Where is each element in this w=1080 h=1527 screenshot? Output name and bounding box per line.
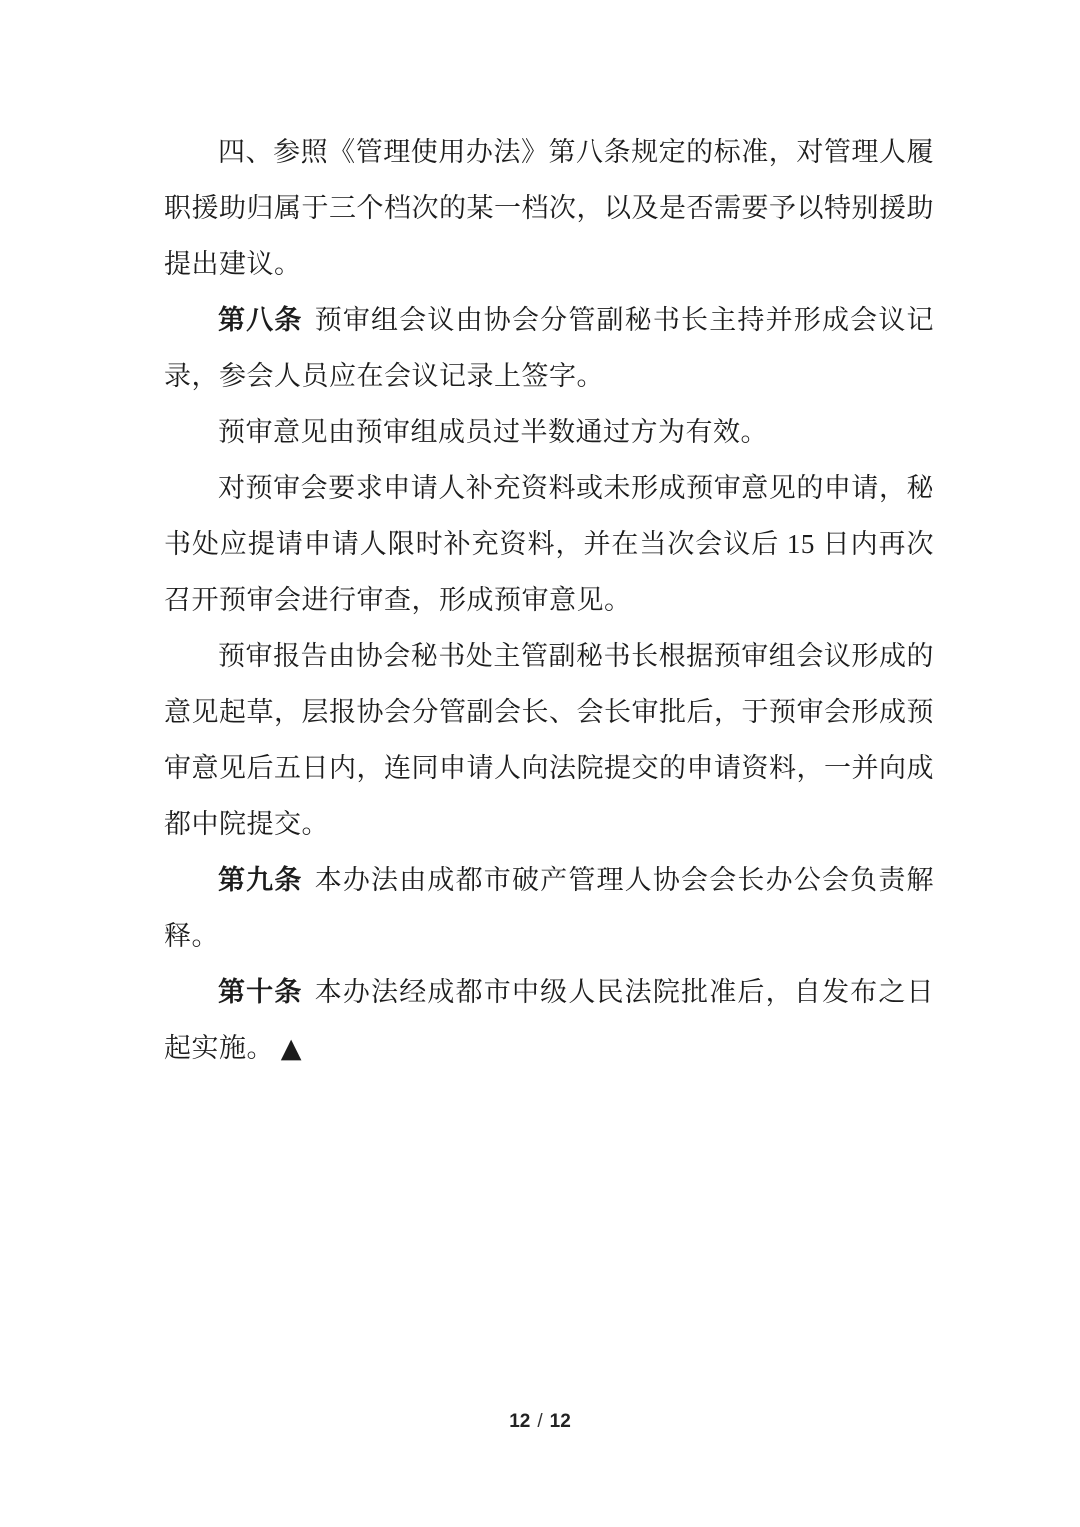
article-number: 第九条 bbox=[218, 865, 303, 895]
paragraph: 预审意见由预审组成员过半数通过方为有效。 bbox=[164, 404, 934, 460]
paragraph: 预审报告由协会秘书处主管副秘书长根据预审组会议形成的意见起草，层报协会分管副会长… bbox=[164, 628, 934, 852]
paragraph: 第八条预审组会议由协会分管副秘书长主持并形成会议记录，参会人员应在会议记录上签字… bbox=[164, 292, 934, 404]
page-number-separator: / bbox=[537, 1411, 542, 1432]
paragraph: 第十条本办法经成都市中级人民法院批准后，自发布之日起实施。▲ bbox=[164, 964, 934, 1077]
article-number: 第十条 bbox=[218, 977, 303, 1007]
page-number-total: 12 bbox=[550, 1411, 571, 1432]
document-page: 四、参照《管理使用办法》第八条规定的标准，对管理人履职援助归属于三个档次的某一档… bbox=[0, 0, 1080, 1527]
page-footer: 12/12 bbox=[0, 1408, 1080, 1436]
document-body: 四、参照《管理使用办法》第八条规定的标准，对管理人履职援助归属于三个档次的某一档… bbox=[164, 124, 934, 1077]
article-number: 第八条 bbox=[218, 305, 303, 335]
page-number-current: 12 bbox=[509, 1411, 530, 1432]
end-of-document-marker: ▲ bbox=[281, 1033, 302, 1064]
paragraph: 对预审会要求申请人补充资料或未形成预审意见的申请，秘书处应提请申请人限时补充资料… bbox=[164, 460, 934, 628]
paragraph: 第九条本办法由成都市破产管理人协会会长办公会负责解释。 bbox=[164, 852, 934, 964]
paragraph: 四、参照《管理使用办法》第八条规定的标准，对管理人履职援助归属于三个档次的某一档… bbox=[164, 124, 934, 292]
